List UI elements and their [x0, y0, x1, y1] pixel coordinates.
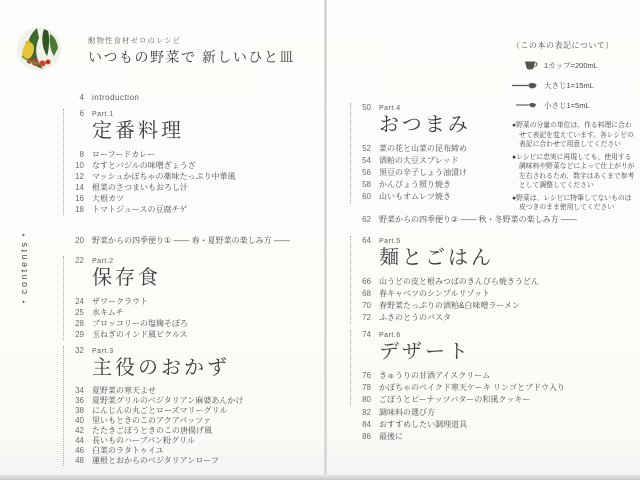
toc-item: 10なすとバジルの味噌ぎょうざ — [70, 160, 236, 171]
toc-item: 58かんぴょう照り焼き — [357, 179, 471, 191]
toc-item-title: トマトジュースの豆腐チゲ — [92, 204, 187, 215]
toc-item-page: 72 — [357, 312, 371, 324]
toc-item: 38にんじんの丸ごとローズマリーグリル — [70, 406, 243, 416]
measure-label: 1カップ=200mL — [544, 60, 598, 71]
toc-item-page: 66 — [357, 276, 371, 288]
section-part-label: Part.4 — [379, 105, 401, 112]
toc-item-title: 菜の花と山菜の昆布締め — [379, 143, 467, 155]
toc-item: 60山いもオムレツ焼き — [357, 191, 471, 203]
toc-item-page: 48 — [70, 456, 84, 466]
toc-item-title: introduction — [92, 92, 139, 103]
section-header: 74 Part.6 — [357, 330, 565, 339]
toc-section-part3: 32 Part.3 主役のおかず 34夏野菜の寒天よせ 36夏野菜グリルのベジタ… — [63, 346, 243, 466]
toc-item: 82調味料の選び方 — [357, 407, 467, 419]
toc-item-page: 8 — [70, 149, 84, 160]
toc-item-title: 白菜のラタトゥイユ — [92, 446, 163, 456]
section-title: 麺とごはん — [379, 246, 539, 270]
toc-item-title: かぼちゃのベイクド寒天ケーキ リンゴとブドウ入り — [379, 382, 565, 394]
notation-note: ●野菜の分量の単位は、作る料理に合わせて表記を変えています。各レシピの表記に合わ… — [512, 121, 637, 150]
toc-item-page: 68 — [357, 288, 371, 300]
toc-item-page: 44 — [70, 436, 84, 446]
toc-item-title: 野菜からの四季便り② —— 秋・冬野菜の楽しみ方 —— — [379, 214, 577, 225]
section-header: 6 Part.1 — [70, 109, 236, 118]
toc-item-title: 水キムチ — [92, 307, 124, 318]
toc-item-title: ブロッコリーの塩麹そぼろ — [92, 318, 188, 329]
section-page-number: 22 — [70, 256, 84, 265]
toc-item: 68春キャベツのシンプルリゾット — [357, 288, 539, 300]
toc-item-page: 20 — [70, 235, 84, 246]
toc-item-page: 58 — [357, 179, 371, 191]
toc-misc-entries: 82調味料の選び方 84おすすめしたい調理道具 86最後に — [357, 407, 467, 443]
toc-item-page: 24 — [70, 296, 84, 307]
section-header: 64 Part.5 — [357, 236, 539, 245]
toc-item-page: 42 — [70, 426, 84, 436]
section-title: 保存食 — [92, 266, 188, 290]
section-title: デザート — [379, 340, 565, 364]
toc-item: 36夏野菜グリルのベジタリアン麻婆あんかけ — [70, 396, 243, 406]
toc-item: 66山うどの皮と根みつばのきんぴら焼きうどん — [357, 276, 539, 288]
section-part-label: Part.5 — [379, 238, 401, 245]
toc-item-page: 28 — [70, 318, 84, 329]
section-items: 66山うどの皮と根みつばのきんぴら焼きうどん 68春キャベツのシンプルリゾット … — [357, 276, 539, 324]
vegetables-photo-logo — [16, 26, 62, 72]
toc-item-title: ザワークラウト — [92, 296, 148, 307]
page-gutter — [324, 0, 327, 480]
toc-entry-seasonal-1: 20 野菜からの四季便り① —— 春・夏野菜の楽しみ方 —— — [70, 235, 290, 246]
toc-item: 52菜の花と山菜の昆布締め — [357, 143, 471, 155]
toc-item-title: きゅうりの甘酒アイスクリーム — [379, 370, 490, 382]
toc-item: 8ローフードカレー — [70, 149, 236, 160]
toc-item: 29玉ねぎのインド風ピクルス — [70, 329, 188, 340]
toc-section-part6: 74 Part.6 デザート 76きゅうりの甘酒アイスクリーム 78かぼちゃのベ… — [350, 330, 565, 406]
toc-item-title: 黒豆の辛子しょう油漬け — [379, 167, 467, 179]
measure-label: 大さじ1=15mL — [544, 80, 594, 91]
toc-item: 44長いものハーブパン粉グリル — [70, 436, 243, 446]
measure-label: 小さじ1=5mL — [544, 100, 590, 111]
toc-item-page: 54 — [357, 155, 371, 167]
dot-icon: • — [21, 294, 28, 307]
toc-item: 76きゅうりの甘酒アイスクリーム — [357, 370, 565, 382]
toc-item: 42たたきごぼうときのこの唐揚げ風 — [70, 426, 243, 436]
toc-item: 70春野菜たっぷりの酒粕&白味噌ラーメン — [357, 300, 539, 312]
toc-entry-seasonal-2: 62 野菜からの四季便り② —— 秋・冬野菜の楽しみ方 —— — [357, 214, 577, 225]
book-spread: 動物性食材ゼロのレシピ いつもの野菜で 新しいひと皿 •contents• 4 … — [0, 0, 640, 480]
toc-item: 84おすすめしたい調理道具 — [357, 419, 467, 431]
contents-side-label: •contents• — [19, 217, 29, 317]
tablespoon-icon — [512, 82, 538, 90]
notation-notes: ●野菜の分量の単位は、作る料理に合わせて表記を変えています。各レシピの表記に合わ… — [512, 121, 637, 213]
toc-item-page: 40 — [70, 416, 84, 426]
toc-item-page: 80 — [357, 394, 371, 406]
toc-item: 24ザワークラウト — [70, 296, 188, 307]
toc-item-page: 18 — [70, 204, 84, 215]
book-title: いつもの野菜で 新しいひと皿 — [88, 47, 295, 67]
toc-item-title: 春キャベツのシンプルリゾット — [379, 288, 490, 300]
toc-item-title: ふきのとうのパスタ — [379, 312, 451, 324]
toc-item-page: 60 — [357, 191, 371, 203]
section-items: 24ザワークラウト 25水キムチ 28ブロッコリーの塩麹そぼろ 29玉ねぎのイン… — [70, 296, 188, 340]
measure-row-tablespoon: 大さじ1=15mL — [512, 80, 637, 91]
scan-bottom-edge — [0, 475, 640, 480]
toc-item-title: 玉ねぎのインド風ピクルス — [92, 329, 188, 340]
section-page-number: 6 — [70, 109, 84, 118]
toc-item-page: 38 — [70, 406, 84, 416]
toc-item-title: 夏野菜グリルのベジタリアン麻婆あんかけ — [92, 396, 243, 406]
toc-item-title: 長いものハーブパン粉グリル — [92, 436, 195, 446]
toc-item-page: 4 — [70, 92, 84, 103]
toc-item-page: 29 — [70, 329, 84, 340]
toc-item-title: 野菜からの四季便り① —— 春・夏野菜の楽しみ方 —— — [92, 235, 290, 246]
teaspoon-icon — [512, 102, 538, 109]
toc-item-title: たたきごぼうときのこの唐揚げ風 — [92, 426, 212, 436]
section-part-label: Part.1 — [92, 111, 114, 118]
toc-item-page: 16 — [70, 193, 84, 204]
toc-item-page: 25 — [70, 307, 84, 318]
section-items: 76きゅうりの甘酒アイスクリーム 78かぼちゃのベイクド寒天ケーキ リンゴとブド… — [357, 370, 565, 406]
section-title: 定番料理 — [92, 119, 236, 143]
notation-box: （この本の表記について） 1カップ=200mL 大さじ1=15mL — [512, 40, 637, 216]
section-page-number: 74 — [357, 330, 371, 339]
measure-row-cup: 1カップ=200mL — [512, 60, 637, 71]
section-items: 34夏野菜の寒天よせ 36夏野菜グリルのベジタリアン麻婆あんかけ 38にんじんの… — [70, 386, 243, 466]
toc-section-part1: 6 Part.1 定番料理 8ローフードカレー 10なすとバジルの味噌ぎょうざ … — [63, 109, 236, 215]
toc-item-page: 46 — [70, 446, 84, 456]
toc-item-title: おすすめしたい調理道具 — [379, 419, 467, 431]
toc-item: 48蓮根とおからのベジタリアンローフ — [70, 456, 243, 466]
toc-item-title: マッシュかぼちゃの薬味たっぷり中華風 — [92, 171, 236, 182]
toc-item: 14根菜のさつまいもおろし汁 — [70, 182, 236, 193]
section-page-number: 32 — [70, 346, 84, 355]
section-header: 32 Part.3 — [70, 346, 243, 355]
toc-item: 72ふきのとうのパスタ — [357, 312, 539, 324]
measure-row-teaspoon: 小さじ1=5mL — [512, 100, 637, 111]
toc-item-title: 調味料の選び方 — [379, 407, 435, 419]
section-title: おつまみ — [379, 113, 471, 137]
toc-item-page: 34 — [70, 386, 84, 396]
toc-item-page: 82 — [357, 407, 371, 419]
toc-item-title: 大根カツ — [92, 193, 124, 204]
toc-item-title: ローフードカレー — [92, 149, 155, 160]
toc-item: 78かぼちゃのベイクド寒天ケーキ リンゴとブドウ入り — [357, 382, 565, 394]
toc-item: 56黒豆の辛子しょう油漬け — [357, 167, 471, 179]
toc-item-page: 70 — [357, 300, 371, 312]
book-tagline: 動物性食材ゼロのレシピ — [88, 35, 181, 46]
toc-item: 34夏野菜の寒天よせ — [70, 386, 243, 396]
toc-item-title: ごぼうとピーナッツバターの和風クッキー — [379, 394, 530, 406]
toc-item: 40里いもときのこのアクアパッツァ — [70, 416, 243, 426]
toc-item-page: 10 — [70, 160, 84, 171]
notation-note: ●野菜は、レシピに特筆してないものは皮つきのまま使用してください — [512, 194, 637, 213]
toc-item-page: 12 — [70, 171, 84, 182]
toc-item-page: 36 — [70, 396, 84, 406]
toc-item-page: 84 — [357, 419, 371, 431]
toc-item-title: 夏野菜の寒天よせ — [92, 386, 156, 396]
toc-item-page: 76 — [357, 370, 371, 382]
toc-item: 12マッシュかぼちゃの薬味たっぷり中華風 — [70, 171, 236, 182]
section-part-label: Part.2 — [92, 258, 114, 265]
toc-item-page: 14 — [70, 182, 84, 193]
toc-item: 46白菜のラタトゥイユ — [70, 446, 243, 456]
section-page-number: 50 — [357, 103, 371, 112]
toc-item-title: にんじんの丸ごとローズマリーグリル — [92, 406, 227, 416]
section-page-number: 64 — [357, 236, 371, 245]
toc-item: 25水キムチ — [70, 307, 188, 318]
toc-item-page: 86 — [357, 431, 371, 443]
toc-item-title: なすとバジルの味噌ぎょうざ — [92, 160, 196, 171]
toc-item-title: 山うどの皮と根みつばのきんぴら焼きうどん — [379, 276, 539, 288]
dot-icon: • — [21, 227, 28, 240]
toc-item: 86最後に — [357, 431, 467, 443]
section-items: 8ローフードカレー 10なすとバジルの味噌ぎょうざ 12マッシュかぼちゃの薬味た… — [70, 149, 236, 215]
toc-item: 80ごぼうとピーナッツバターの和風クッキー — [357, 394, 565, 406]
section-items: 52菜の花と山菜の昆布締め 54酒粕の大豆スプレッド 56黒豆の辛子しょう油漬け… — [357, 143, 471, 203]
toc-item: 18トマトジュースの豆腐チゲ — [70, 204, 236, 215]
toc-item-page: 56 — [357, 167, 371, 179]
toc-item-page: 78 — [357, 382, 371, 394]
toc-item: 54酒粕の大豆スプレッド — [357, 155, 471, 167]
toc-item-title: 蓮根とおからのベジタリアンローフ — [92, 456, 219, 466]
toc-item-title: 酒粕の大豆スプレッド — [379, 155, 459, 167]
measuring-cup-icon — [512, 60, 538, 71]
toc-section-part4: 50 Part.4 おつまみ 52菜の花と山菜の昆布締め 54酒粕の大豆スプレッ… — [350, 103, 471, 203]
toc-item-page: 62 — [357, 214, 371, 225]
toc-entry-introduction: 4 introduction — [70, 92, 139, 103]
toc-item: 28ブロッコリーの塩麹そぼろ — [70, 318, 188, 329]
toc-item-title: かんぴょう照り焼き — [379, 179, 451, 191]
toc-item-title: 最後に — [379, 431, 403, 443]
section-title: 主役のおかず — [92, 356, 243, 380]
section-part-label: Part.3 — [92, 348, 114, 355]
toc-item-title: 春野菜たっぷりの酒粕&白味噌ラーメン — [379, 300, 520, 312]
toc-section-part5: 64 Part.5 麺とごはん 66山うどの皮と根みつばのきんぴら焼きうどん 6… — [350, 236, 539, 324]
section-header: 50 Part.4 — [357, 103, 471, 112]
contents-label-text: contents — [19, 240, 29, 294]
notation-heading: （この本の表記について） — [512, 40, 637, 51]
toc-item-title: 山いもオムレツ焼き — [379, 191, 451, 203]
toc-item: 16大根カツ — [70, 193, 236, 204]
toc-item-page: 52 — [357, 143, 371, 155]
toc-section-part2: 22 Part.2 保存食 24ザワークラウト 25水キムチ 28ブロッコリーの… — [63, 256, 188, 340]
toc-item-title: 根菜のさつまいもおろし汁 — [92, 182, 188, 193]
section-part-label: Part.6 — [379, 332, 401, 339]
notation-note: ●レシピに忠実に再現しても、使用する調味料や野菜などによって仕上がりが左右される… — [512, 153, 637, 191]
toc-item-title: 里いもときのこのアクアパッツァ — [92, 416, 211, 426]
section-header: 22 Part.2 — [70, 256, 188, 265]
